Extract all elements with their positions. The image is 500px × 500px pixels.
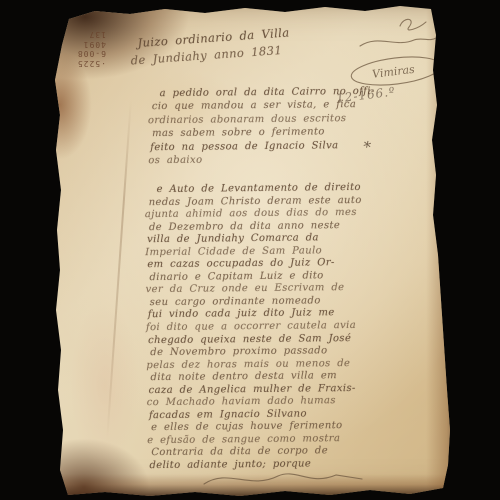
stamp-line: 137 [62, 30, 106, 40]
paper-stain [70, 300, 140, 470]
stamp-line: ·5225 [62, 59, 106, 69]
paper-sheet: ·52256-0084091137 Juizo ordinario da Vil… [0, 0, 500, 500]
manuscript-line: dita noite dentro desta villa em [150, 370, 363, 385]
signature-rubric: Vimiras [344, 14, 448, 92]
manuscript-line: Imperial Cidade de Sam Paulo [145, 245, 362, 260]
rubric-scribble [360, 38, 436, 46]
burnt-corner-bottom-left [40, 438, 150, 500]
rubric-word: Vimiras [371, 63, 415, 81]
manuscript-line: seu cargo ordinante nomeado [150, 295, 363, 310]
body-paragraph: e Auto de Levantamento de direitonedas J… [146, 182, 364, 473]
archive-stamp: ·52256-0084091137 [62, 30, 106, 68]
paper-crease [106, 100, 132, 439]
manuscript-line: mas sabem sobre o ferimento [152, 125, 375, 141]
rubric-scribble [400, 19, 426, 30]
manuscript-line: co Machado haviam dado humas [147, 395, 364, 410]
flourish-line [204, 474, 362, 484]
manuscript-scan: ·52256-0084091137 Juizo ordinario da Vil… [0, 0, 500, 500]
manuscript-line: de Dezembro da dita anno neste [149, 220, 362, 235]
manuscript-line: foi dito que a occorrer cautela avia [146, 320, 363, 335]
stamp-line: 6-008 [62, 49, 106, 59]
manuscript-line: Contraria da dita de corpo de [151, 445, 364, 460]
opening-paragraph: a pedido oral da dita Cairro no offi-cio… [150, 85, 376, 168]
closing-flourish [198, 466, 373, 492]
stamp-line: 4091 [62, 40, 106, 50]
manuscript-line: os abaixo [148, 152, 375, 168]
document-header: Juizo ordinario da Villade Jundiahy anno… [127, 24, 291, 69]
